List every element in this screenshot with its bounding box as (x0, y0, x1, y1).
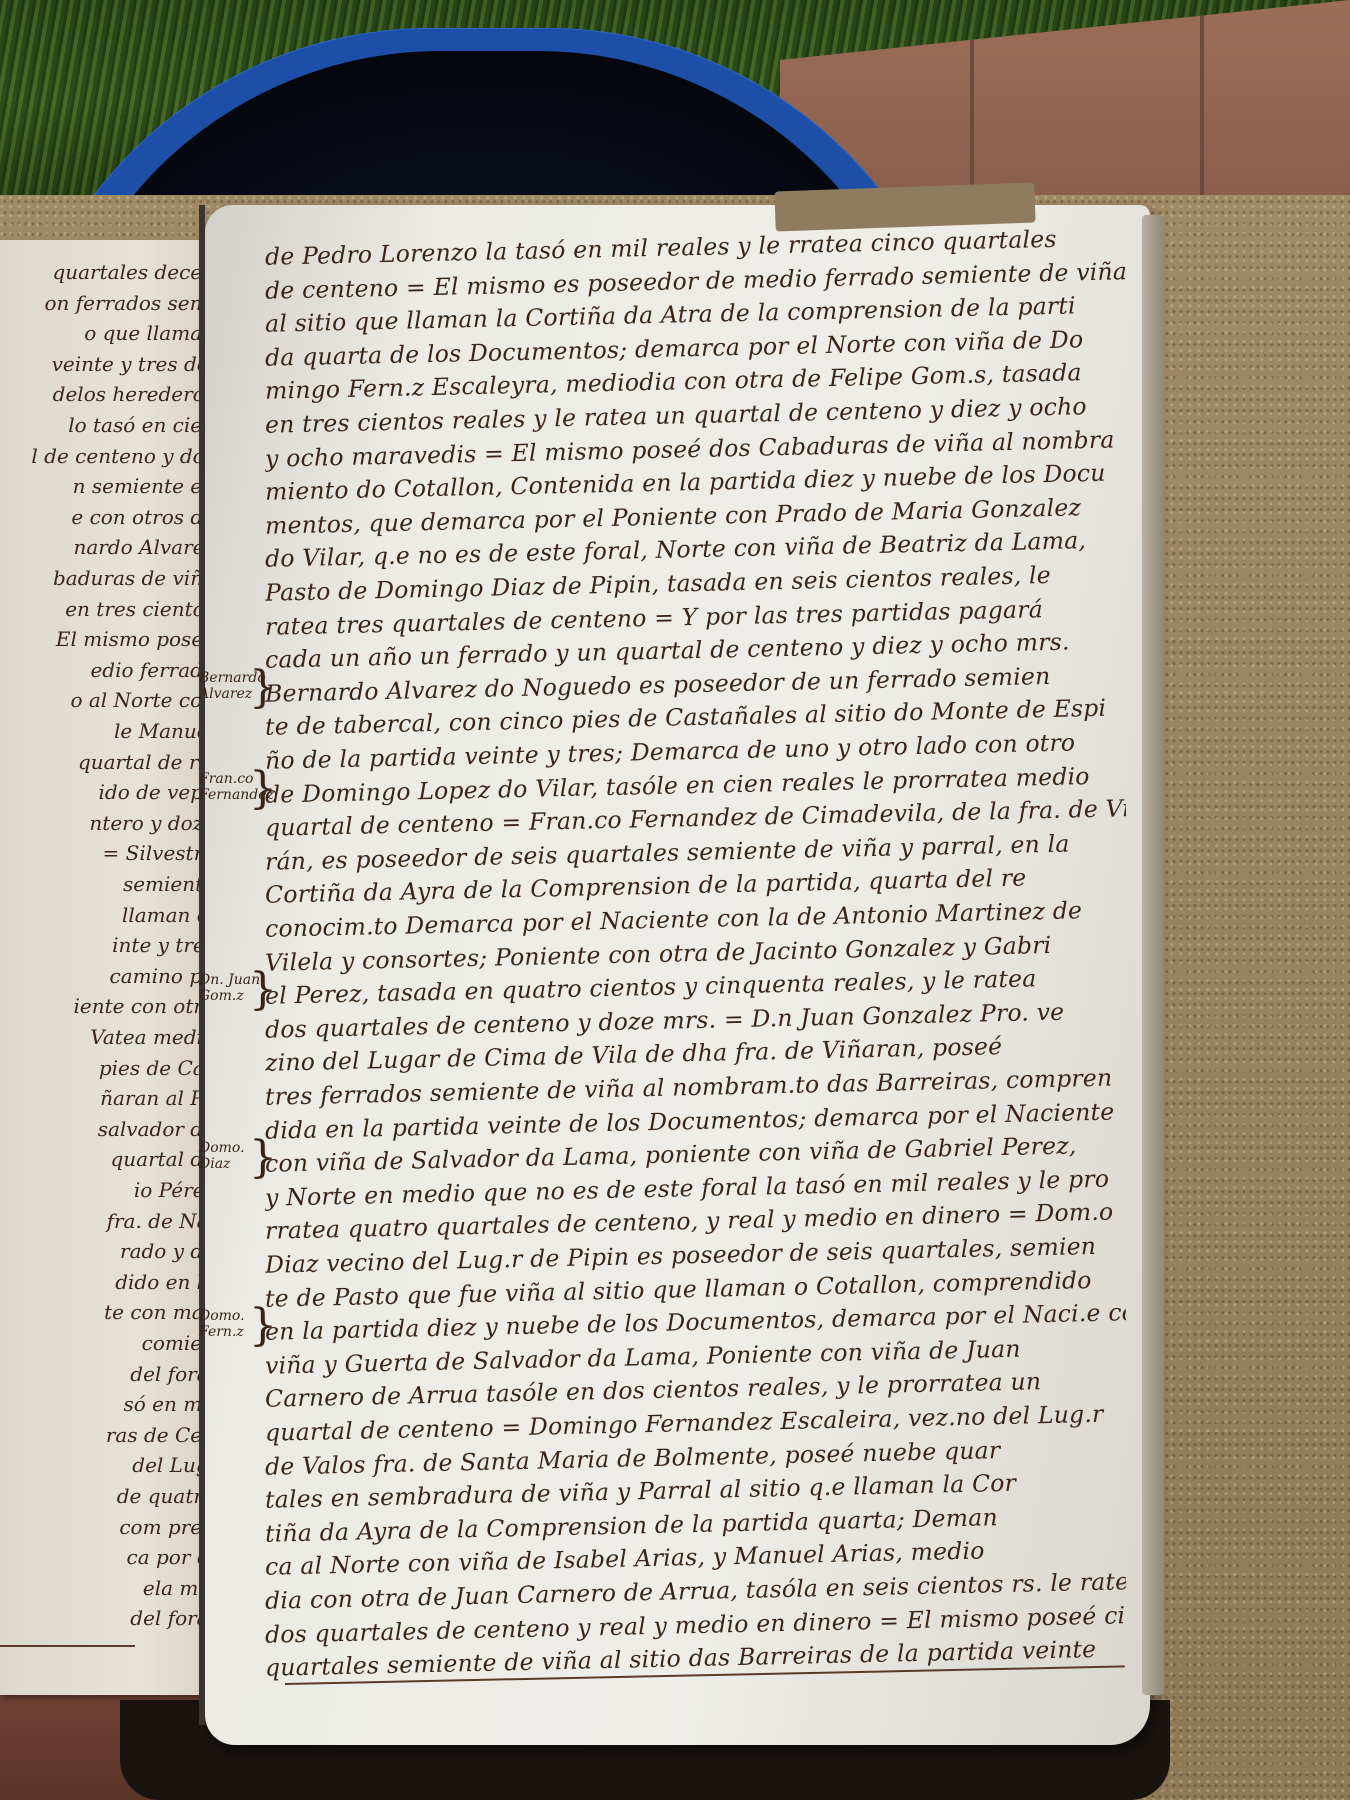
manuscript-line: nardo Alvarez (0, 535, 215, 559)
manuscript-line: ñaran al Po (0, 1086, 215, 1110)
manuscript-line: n semiente en (0, 474, 215, 498)
manuscript-line: dido en la (0, 1270, 215, 1294)
manuscript-line: camino pu (0, 964, 215, 988)
manuscript-line: Vatea medio (0, 1025, 215, 1049)
page-stack-edge (1142, 215, 1164, 1695)
brace-mark: } (249, 763, 277, 814)
manuscript-line: salvador da (0, 1117, 215, 1141)
manuscript-line: quartales decen (0, 260, 215, 284)
manuscript-line: El mismo poseé (0, 627, 215, 651)
binding-gutter (199, 205, 205, 1725)
brace-mark: } (249, 662, 277, 713)
manuscript-line: ras de Cen (0, 1423, 215, 1447)
manuscript-line: te con may (0, 1300, 215, 1324)
manuscript-line: pies de Cas (0, 1056, 215, 1080)
manuscript-line: l de centeno y dos (0, 444, 215, 468)
manuscript-line: comien (0, 1331, 215, 1355)
wall-joint (1200, 0, 1204, 200)
brace-mark: } (249, 964, 277, 1015)
manuscript-line: edio ferrado (0, 658, 215, 682)
manuscript-line: ela mis (0, 1576, 215, 1600)
manuscript-line: o que llaman (0, 321, 215, 345)
photo-scene: quartales decenon ferrados semio que lla… (0, 0, 1350, 1800)
manuscript-line: baduras de viña (0, 566, 215, 590)
manuscript-line: ntero y doze (0, 811, 215, 835)
manuscript-line: rado y de (0, 1239, 215, 1263)
manuscript-line: = Silvestre (0, 841, 215, 865)
manuscript-line: de quatro (0, 1484, 215, 1508)
manuscript-line: iente con otro (0, 994, 215, 1018)
manuscript-line: llaman el (0, 903, 215, 927)
manuscript-line: veinte y tres del (0, 352, 215, 376)
manuscript-line: le Manuel (0, 719, 215, 743)
torn-paper-fragment (774, 182, 1035, 231)
brace-mark: } (249, 1132, 277, 1183)
manuscript-line: o al Norte con (0, 688, 215, 712)
manuscript-line: ido de vepa (0, 780, 215, 804)
manuscript-line: quartal de rs. (0, 750, 215, 774)
manuscript-line: on ferrados semi (0, 291, 215, 315)
manuscript-line: io Pérez (0, 1178, 215, 1202)
manuscript-line: quartal de (0, 1147, 215, 1171)
manuscript-line: fra. de Nai (0, 1209, 215, 1233)
manuscript-line: delos herederos (0, 382, 215, 406)
manuscript-line: del foral (0, 1606, 215, 1630)
right-manuscript-page: de Pedro Lorenzo la tasó en mil reales y… (205, 205, 1150, 1745)
manuscript-line: com pren (0, 1515, 215, 1539)
manuscript-line: ca por el (0, 1545, 215, 1569)
manuscript-line: del Lug. (0, 1453, 215, 1477)
manuscript-line: en tres cientos (0, 597, 215, 621)
manuscript-line: e con otros de (0, 505, 215, 529)
closing-rule (0, 1645, 135, 1647)
manuscript-line: del foral (0, 1362, 215, 1386)
manuscript-line: lo tasó en cien (0, 413, 215, 437)
manuscript-line: só en mil (0, 1392, 215, 1416)
manuscript-line: semiente (0, 872, 215, 896)
brace-mark: } (249, 1300, 277, 1351)
manuscript-line: inte y tres (0, 933, 215, 957)
